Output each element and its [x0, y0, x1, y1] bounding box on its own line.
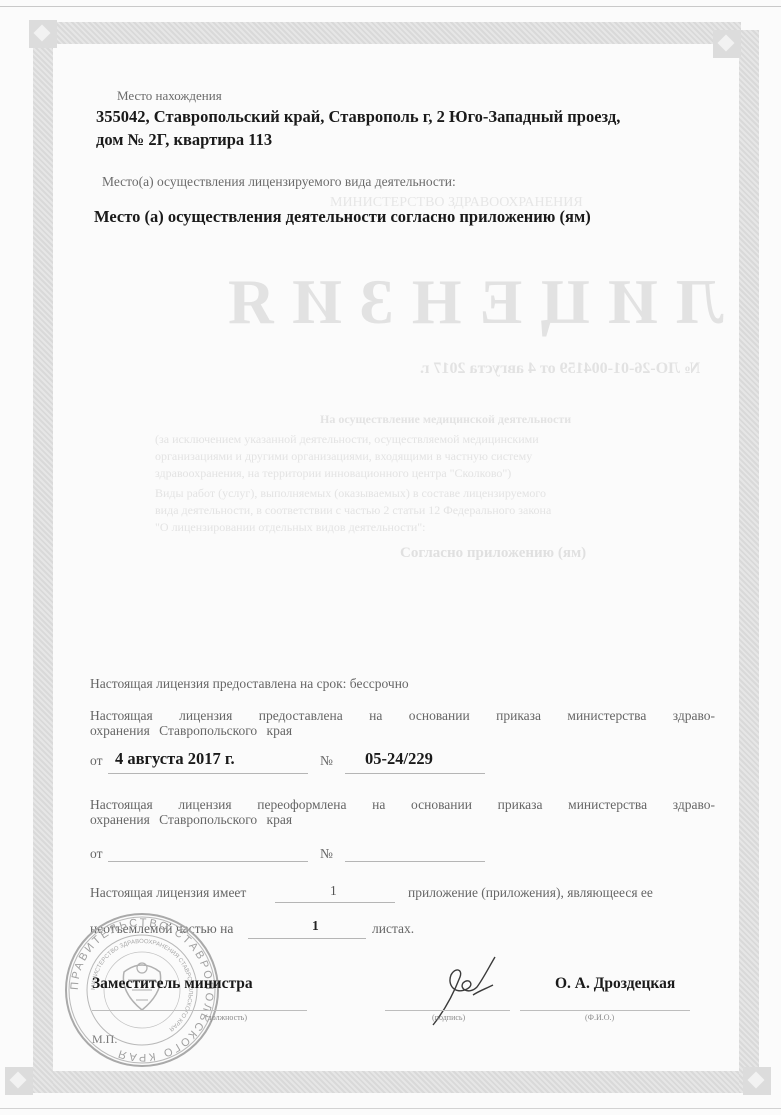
annex-count-value: 1 [330, 883, 337, 899]
granted-order-row: от [90, 753, 102, 769]
ghost-license-number: № ЛО-26-01-004159 от 4 августа 2017 г. [420, 360, 700, 378]
reissued-text-line-1: Настоящая лицензия переоформлена на осно… [90, 797, 715, 812]
from-label: от [90, 753, 102, 768]
stamp-place-label: М.П. [92, 1032, 117, 1047]
name-caption: (Ф.И.О.) [585, 1013, 614, 1022]
signature-caption: (подпись) [432, 1013, 465, 1022]
decorative-border-bottom [10, 1071, 766, 1093]
position-underline [92, 1010, 307, 1011]
position-caption: (должность) [205, 1013, 247, 1022]
ghost-annex: Согласно приложению (ям) [400, 545, 586, 562]
address-line-2: дом № 2Г, квартира 113 [96, 128, 716, 151]
border-corner-ornament-icon [5, 1067, 33, 1095]
location-label: Место нахождения [117, 88, 222, 104]
ghost-line: (за исключением указанной деятельности, … [155, 432, 539, 447]
number-label: № [320, 753, 333, 769]
address-line-1: 355042, Ставропольский край, Ставрополь … [96, 105, 716, 128]
ghost-line: организациями и другими организациями, в… [155, 449, 532, 464]
signatory-position: Заместитель министра [92, 975, 253, 993]
decorative-border-left [33, 22, 53, 1093]
border-corner-ornament-icon [713, 30, 741, 58]
decorative-border-right [739, 30, 759, 1093]
annex-sheets-suffix: листах. [372, 921, 414, 937]
granted-date-value: 4 августа 2017 г. [115, 749, 235, 769]
page-edge-bottom [0, 1108, 781, 1109]
name-underline [520, 1010, 690, 1011]
granted-text-line-2: охранения Ставропольского края [90, 723, 715, 738]
signature-underline [385, 1010, 510, 1011]
reissued-number-field [345, 845, 485, 862]
annex-count-row: Настоящая лицензия имеет [90, 885, 246, 901]
annex-suffix: приложение (приложения), являющееся ее [408, 885, 653, 901]
ghost-line: Виды работ (услуг), выполняемых (оказыва… [155, 486, 546, 501]
location-address: 355042, Ставропольский край, Ставрополь … [96, 105, 716, 151]
ghost-title: ЛИЦЕНЗИЯ [210, 265, 724, 339]
ghost-line: вида деятельности, в соответствии с част… [155, 503, 551, 518]
border-corner-ornament-icon [29, 20, 57, 48]
ghost-activity-heading: На осуществление медицинской деятельност… [320, 412, 571, 427]
decorative-border-top [30, 22, 741, 44]
reissued-date-field [108, 845, 308, 862]
ghost-line: здравоохранения, на территории инновацио… [155, 466, 511, 481]
reissued-grounds: Настоящая лицензия переоформлена на осно… [90, 797, 715, 827]
reissued-from-label: от [90, 846, 102, 862]
signatory-name: О. А. Дроздецкая [555, 975, 675, 993]
granted-grounds: Настоящая лицензия предоставлена на осно… [90, 708, 715, 738]
activity-places-value: Место (а) осуществления деятельности сог… [94, 207, 591, 227]
annex-prefix: Настоящая лицензия имеет [90, 885, 246, 900]
annex-sheets-field [248, 922, 366, 939]
border-corner-ornament-icon [743, 1067, 771, 1095]
granted-number-value: 05-24/229 [365, 749, 433, 769]
reissued-number-label: № [320, 846, 333, 862]
license-term: Настоящая лицензия предоставлена на срок… [90, 676, 715, 691]
page-edge-top [0, 6, 781, 7]
annex-sheets-value: 1 [312, 918, 319, 934]
ghost-line: "О лицензировании отдельных видов деятел… [155, 520, 426, 535]
reissued-text-line-2: охранения Ставропольского края [90, 812, 715, 827]
granted-text-line-1: Настоящая лицензия предоставлена на осно… [90, 708, 715, 723]
activity-places-label: Место(а) осуществления лицензируемого ви… [102, 174, 456, 190]
